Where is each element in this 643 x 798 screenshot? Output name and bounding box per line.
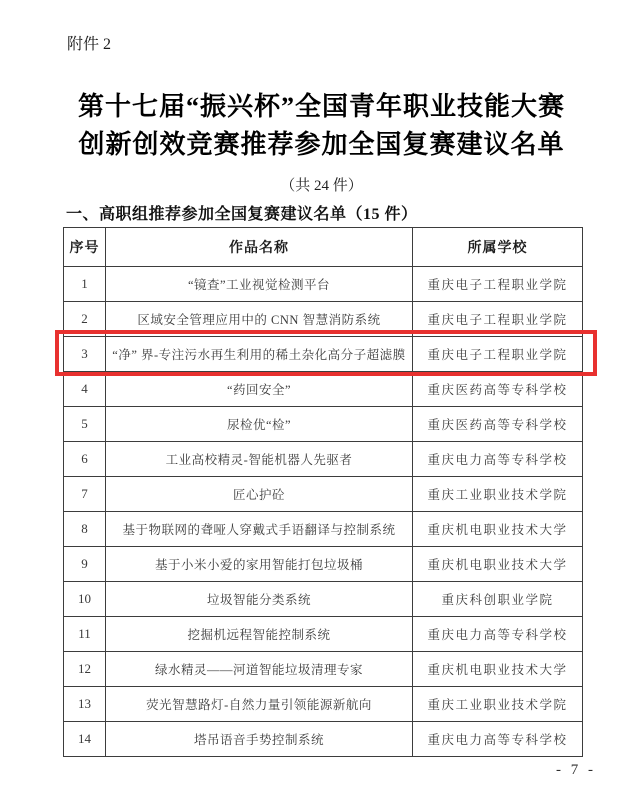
column-header-serial: 序号	[64, 228, 106, 267]
school-cell: 重庆电子工程职业学院	[413, 267, 583, 302]
table-row: 14塔吊语音手势控制系统重庆电力高等专科学校	[64, 722, 583, 757]
school-cell: 重庆电力高等专科学校	[413, 442, 583, 477]
school-cell: 重庆医药高等专科学校	[413, 407, 583, 442]
table-row: 1“镜查”工业视觉检测平台重庆电子工程职业学院	[64, 267, 583, 302]
work-name-cell: 基于小米小爱的家用智能打包垃圾桶	[106, 547, 413, 582]
column-header-work-name: 作品名称	[106, 228, 413, 267]
work-name-cell: 塔吊语音手势控制系统	[106, 722, 413, 757]
work-name-cell: 挖掘机远程智能控制系统	[106, 617, 413, 652]
row-number-cell: 13	[64, 687, 106, 722]
title-line-1: 第十七届“振兴杯”全国青年职业技能大赛	[0, 88, 643, 126]
row-number-cell: 5	[64, 407, 106, 442]
row-number-cell: 12	[64, 652, 106, 687]
row-number-cell: 6	[64, 442, 106, 477]
table-row: 10垃圾智能分类系统重庆科创职业学院	[64, 582, 583, 617]
page-number: - 7 -	[556, 762, 596, 779]
row-number-cell: 14	[64, 722, 106, 757]
row-number-cell: 2	[64, 302, 106, 337]
row-number-cell: 3	[64, 337, 106, 372]
row-number-cell: 1	[64, 267, 106, 302]
table-row: 8基于物联网的聋哑人穿戴式手语翻译与控制系统重庆机电职业技术大学	[64, 512, 583, 547]
work-name-cell: “药回安全”	[106, 372, 413, 407]
school-cell: 重庆电力高等专科学校	[413, 722, 583, 757]
column-header-school: 所属学校	[413, 228, 583, 267]
work-name-cell: 绿水精灵——河道智能垃圾清理专家	[106, 652, 413, 687]
title-line-2: 创新创效竞赛推荐参加全国复赛建议名单	[0, 126, 643, 164]
section-heading: 一、高职组推荐参加全国复赛建议名单（15 件）	[66, 201, 418, 224]
work-name-cell: 基于物联网的聋哑人穿戴式手语翻译与控制系统	[106, 512, 413, 547]
table-body: 1“镜查”工业视觉检测平台重庆电子工程职业学院2区域安全管理应用中的 CNN 智…	[64, 267, 583, 757]
table-row: 12绿水精灵——河道智能垃圾清理专家重庆机电职业技术大学	[64, 652, 583, 687]
work-name-cell: 尿检优“检”	[106, 407, 413, 442]
school-cell: 重庆机电职业技术大学	[413, 652, 583, 687]
row-number-cell: 8	[64, 512, 106, 547]
school-cell: 重庆科创职业学院	[413, 582, 583, 617]
row-number-cell: 10	[64, 582, 106, 617]
school-cell: 重庆电子工程职业学院	[413, 337, 583, 372]
document-page: 附件 2 第十七届“振兴杯”全国青年职业技能大赛 创新创效竞赛推荐参加全国复赛建…	[0, 0, 643, 798]
work-name-cell: 工业高校精灵-智能机器人先驱者	[106, 442, 413, 477]
work-name-cell: 匠心护砼	[106, 477, 413, 512]
total-count-note: （共 24 件）	[0, 174, 643, 195]
recommendation-table: 序号 作品名称 所属学校 1“镜查”工业视觉检测平台重庆电子工程职业学院2区域安…	[63, 227, 583, 757]
table-header-row: 序号 作品名称 所属学校	[64, 228, 583, 267]
work-name-cell: 区域安全管理应用中的 CNN 智慧消防系统	[106, 302, 413, 337]
work-name-cell: 荧光智慧路灯-自然力量引领能源新航向	[106, 687, 413, 722]
row-number-cell: 7	[64, 477, 106, 512]
table-row: 13荧光智慧路灯-自然力量引领能源新航向重庆工业职业技术学院	[64, 687, 583, 722]
table-row: 2区域安全管理应用中的 CNN 智慧消防系统重庆电子工程职业学院	[64, 302, 583, 337]
work-name-cell: “镜查”工业视觉检测平台	[106, 267, 413, 302]
school-cell: 重庆机电职业技术大学	[413, 512, 583, 547]
row-number-cell: 4	[64, 372, 106, 407]
attachment-label: 附件 2	[67, 31, 111, 54]
table-row: 3“净” 界-专注污水再生利用的稀土杂化高分子超滤膜重庆电子工程职业学院	[64, 337, 583, 372]
table-row: 11挖掘机远程智能控制系统重庆电力高等专科学校	[64, 617, 583, 652]
school-cell: 重庆工业职业技术学院	[413, 687, 583, 722]
row-number-cell: 11	[64, 617, 106, 652]
table-row: 6工业高校精灵-智能机器人先驱者重庆电力高等专科学校	[64, 442, 583, 477]
table-row: 9基于小米小爱的家用智能打包垃圾桶重庆机电职业技术大学	[64, 547, 583, 582]
school-cell: 重庆工业职业技术学院	[413, 477, 583, 512]
school-cell: 重庆机电职业技术大学	[413, 547, 583, 582]
school-cell: 重庆医药高等专科学校	[413, 372, 583, 407]
school-cell: 重庆电力高等专科学校	[413, 617, 583, 652]
school-cell: 重庆电子工程职业学院	[413, 302, 583, 337]
work-name-cell: 垃圾智能分类系统	[106, 582, 413, 617]
table-row: 5尿检优“检”重庆医药高等专科学校	[64, 407, 583, 442]
row-number-cell: 9	[64, 547, 106, 582]
work-name-cell: “净” 界-专注污水再生利用的稀土杂化高分子超滤膜	[106, 337, 413, 372]
document-title: 第十七届“振兴杯”全国青年职业技能大赛 创新创效竞赛推荐参加全国复赛建议名单	[0, 88, 643, 164]
table-row: 4“药回安全”重庆医药高等专科学校	[64, 372, 583, 407]
table-row: 7匠心护砼重庆工业职业技术学院	[64, 477, 583, 512]
